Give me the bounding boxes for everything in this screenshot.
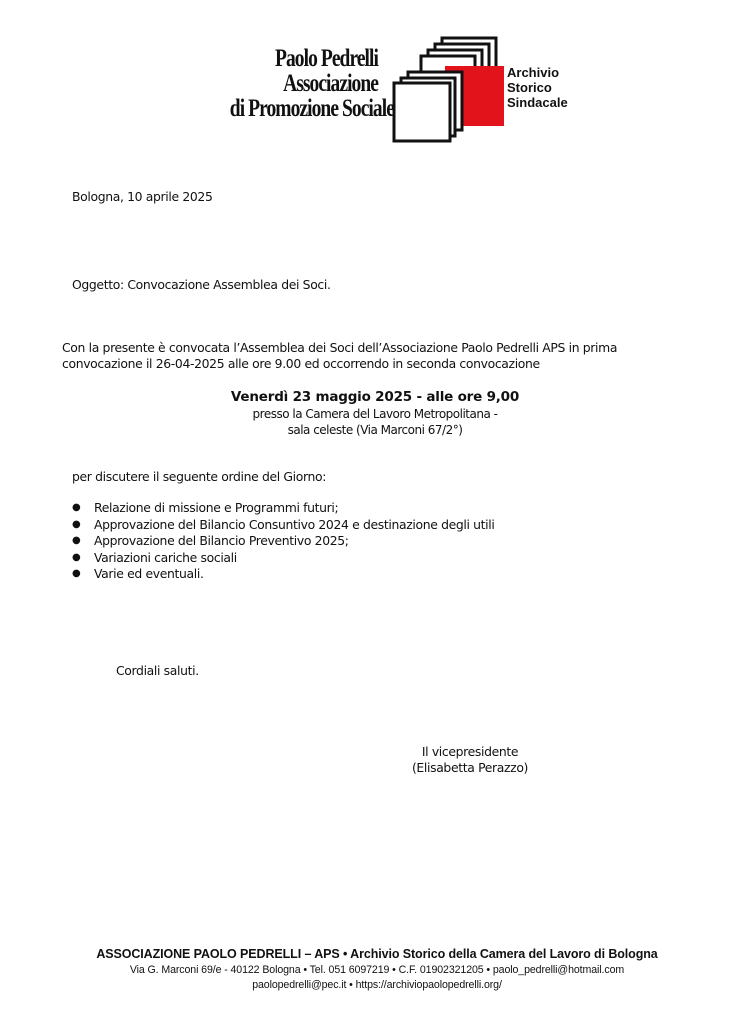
bullet-icon: ● (72, 517, 80, 534)
logo-line: di Promozione Sociale (230, 96, 378, 121)
subject-line: Oggetto: Convocazione Assemblea dei Soci… (72, 277, 331, 293)
agenda-intro: per discutere il seguente ordine del Gio… (72, 469, 326, 485)
logo-line: Associazione (230, 71, 378, 96)
meeting-location-line: sala celeste (Via Marconi 67/2°) (200, 422, 550, 438)
agenda-item: ●Variazioni cariche sociali (70, 550, 494, 567)
agenda-item: ●Approvazione del Bilancio Consuntivo 20… (70, 517, 494, 534)
bullet-icon: ● (72, 533, 80, 550)
closing-greeting: Cordiali saluti. (116, 663, 199, 679)
footer-web: paolopedrelli@pec.it • https://archiviop… (50, 978, 704, 993)
footer-organization: ASSOCIAZIONE PAOLO PEDRELLI – APS • Arch… (50, 946, 704, 963)
bullet-icon: ● (72, 550, 80, 567)
meeting-location-line: presso la Camera del Lavoro Metropolitan… (200, 406, 550, 422)
logo-wordmark: Paolo Pedrelli Associazione di Promozion… (230, 46, 378, 121)
meeting-date-time: Venerdì 23 maggio 2025 - alle ore 9,00 (200, 388, 550, 406)
document-page: Paolo Pedrelli Associazione di Promozion… (0, 0, 754, 1023)
footer-contacts: Via G. Marconi 69/e - 40122 Bologna • Te… (50, 963, 704, 978)
signature-block: Il vicepresidente (Elisabetta Perazzo) (380, 744, 560, 776)
archive-stack-logo-icon (384, 36, 504, 144)
bullet-icon: ● (72, 500, 80, 517)
agenda-list: ●Relazione di missione e Programmi futur… (70, 500, 494, 583)
archive-label-line: Sindacale (507, 95, 568, 110)
letterhead-footer: ASSOCIAZIONE PAOLO PEDRELLI – APS • Arch… (50, 946, 704, 993)
meeting-block: Venerdì 23 maggio 2025 - alle ore 9,00 p… (200, 388, 550, 438)
intro-line: convocazione il 26-04-2025 alle ore 9.00… (62, 356, 540, 372)
archive-label: Archivio Storico Sindacale (507, 65, 568, 110)
signature-role: Il vicepresidente (380, 744, 560, 760)
logo-line: Paolo Pedrelli (230, 46, 378, 71)
agenda-item: ●Approvazione del Bilancio Preventivo 20… (70, 533, 494, 550)
place-date: Bologna, 10 aprile 2025 (72, 189, 212, 205)
archive-label-line: Storico (507, 80, 568, 95)
intro-line: Con la presente è convocata l’Assemblea … (62, 340, 617, 356)
bullet-icon: ● (72, 566, 80, 583)
agenda-item: ●Varie ed eventuali. (70, 566, 494, 583)
archive-label-line: Archivio (507, 65, 568, 80)
agenda-item: ●Relazione di missione e Programmi futur… (70, 500, 494, 517)
signature-name: (Elisabetta Perazzo) (380, 760, 560, 776)
